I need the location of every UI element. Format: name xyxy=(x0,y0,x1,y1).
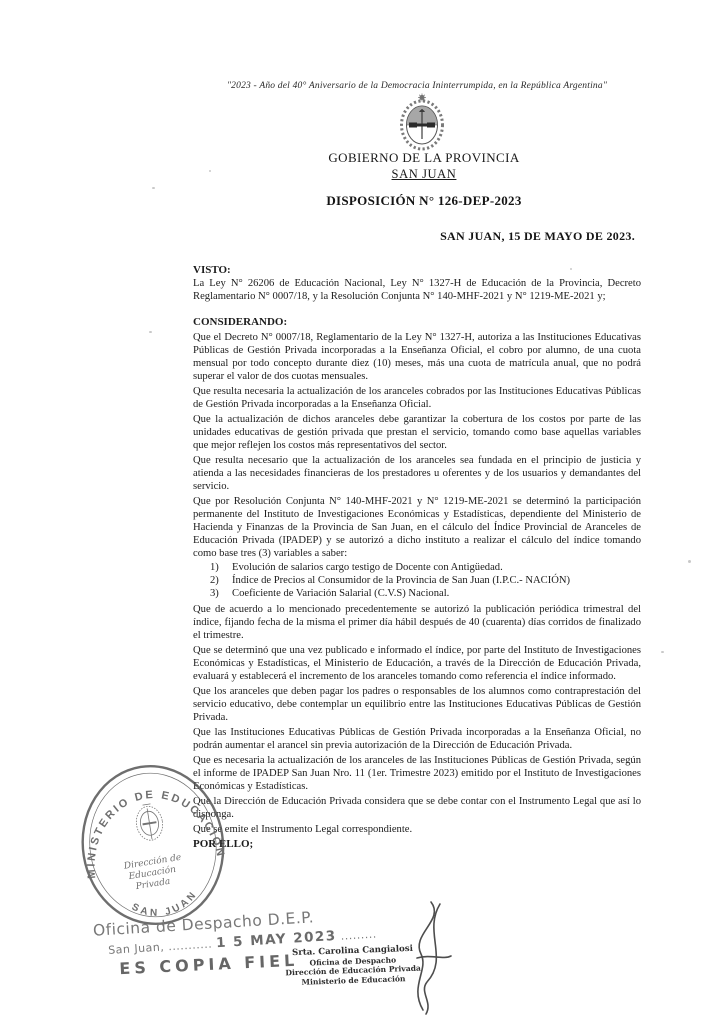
variables-list: 1)Evolución de salarios cargo testigo de… xyxy=(193,561,641,601)
paragraph: Que resulta necesaria la actualización d… xyxy=(193,385,641,411)
paragraph: Que por Resolución Conjunta N° 140-MHF-2… xyxy=(193,495,641,560)
scan-speck xyxy=(149,331,152,333)
list-item: 2)Índice de Precios al Consumidor de la … xyxy=(210,574,641,587)
paragraph: Que las Instituciones Educativas Pública… xyxy=(193,726,641,752)
list-item-number: 3) xyxy=(210,587,232,600)
paragraph: Que la actualización de dichos aranceles… xyxy=(193,413,641,452)
paragraph: Que se determinó que una vez publicado e… xyxy=(193,644,641,683)
list-item-text: Evolución de salarios cargo testigo de D… xyxy=(232,561,503,574)
considerando-label: CONSIDERANDO: xyxy=(193,316,641,329)
scan-speck xyxy=(688,560,691,563)
year-motto-quote: "2023 - Año del 40° Aniversario de la De… xyxy=(193,81,641,91)
document-body: VISTO: La Ley N° 26206 de Educación Naci… xyxy=(193,264,641,851)
dateline: SAN JUAN, 15 DE MAYO DE 2023. xyxy=(193,229,641,244)
office-stamp-dots: ......... xyxy=(340,928,377,943)
paragraph: Que se emite el Instrumento Legal corres… xyxy=(193,823,641,836)
handwritten-signature xyxy=(393,898,463,1018)
list-item-number: 2) xyxy=(210,574,232,587)
scan-speck xyxy=(209,170,211,172)
office-stamp-place: San Juan, ........... xyxy=(108,938,213,957)
paragraph: Que la Dirección de Educación Privada co… xyxy=(193,795,641,821)
visto-label: VISTO: xyxy=(193,264,641,277)
por-ello-closing: POR ELLO; xyxy=(193,838,641,851)
paragraph: Que los aranceles que deben pagar los pa… xyxy=(193,685,641,724)
visto-paragraph: La Ley N° 26206 de Educación Nacional, L… xyxy=(193,277,641,303)
government-name: GOBIERNO DE LA PROVINCIA xyxy=(193,150,655,166)
province-name: SAN JUAN xyxy=(193,167,655,182)
considerando-paragraphs-after: Que de acuerdo a lo mencionado precedent… xyxy=(193,603,641,836)
list-item: 3)Coeficiente de Variación Salarial (C.V… xyxy=(210,587,641,600)
paragraph: Que el Decreto N° 0007/18, Reglamentario… xyxy=(193,331,641,383)
scan-speck xyxy=(152,187,155,189)
ministry-oval-seal-stamp: MINISTERIO DE EDUCACIÓN Dirección de Edu… xyxy=(66,752,240,938)
list-item-text: Índice de Precios al Consumidor de la Pr… xyxy=(232,574,570,587)
government-header: GOBIERNO DE LA PROVINCIA SAN JUAN xyxy=(193,150,655,182)
list-item-text: Coeficiente de Variación Salarial (C.V.S… xyxy=(232,587,449,600)
document-title: DISPOSICIÓN N° 126-DEP-2023 xyxy=(193,193,655,209)
scanned-document-page: "2023 - Año del 40° Aniversario de la De… xyxy=(0,0,724,1024)
list-item: 1)Evolución de salarios cargo testigo de… xyxy=(210,561,641,574)
considerando-paragraphs-before: Que el Decreto N° 0007/18, Reglamentario… xyxy=(193,331,641,560)
scan-speck xyxy=(661,651,664,653)
list-item-number: 1) xyxy=(210,561,232,574)
paragraph: Que de acuerdo a lo mencionado precedent… xyxy=(193,603,641,642)
paragraph: Que es necesaria la actualización de los… xyxy=(193,754,641,793)
paragraph: Que resulta necesario que la actualizaci… xyxy=(193,454,641,493)
coat-of-arms-icon xyxy=(394,93,450,151)
scan-speck xyxy=(570,268,572,270)
